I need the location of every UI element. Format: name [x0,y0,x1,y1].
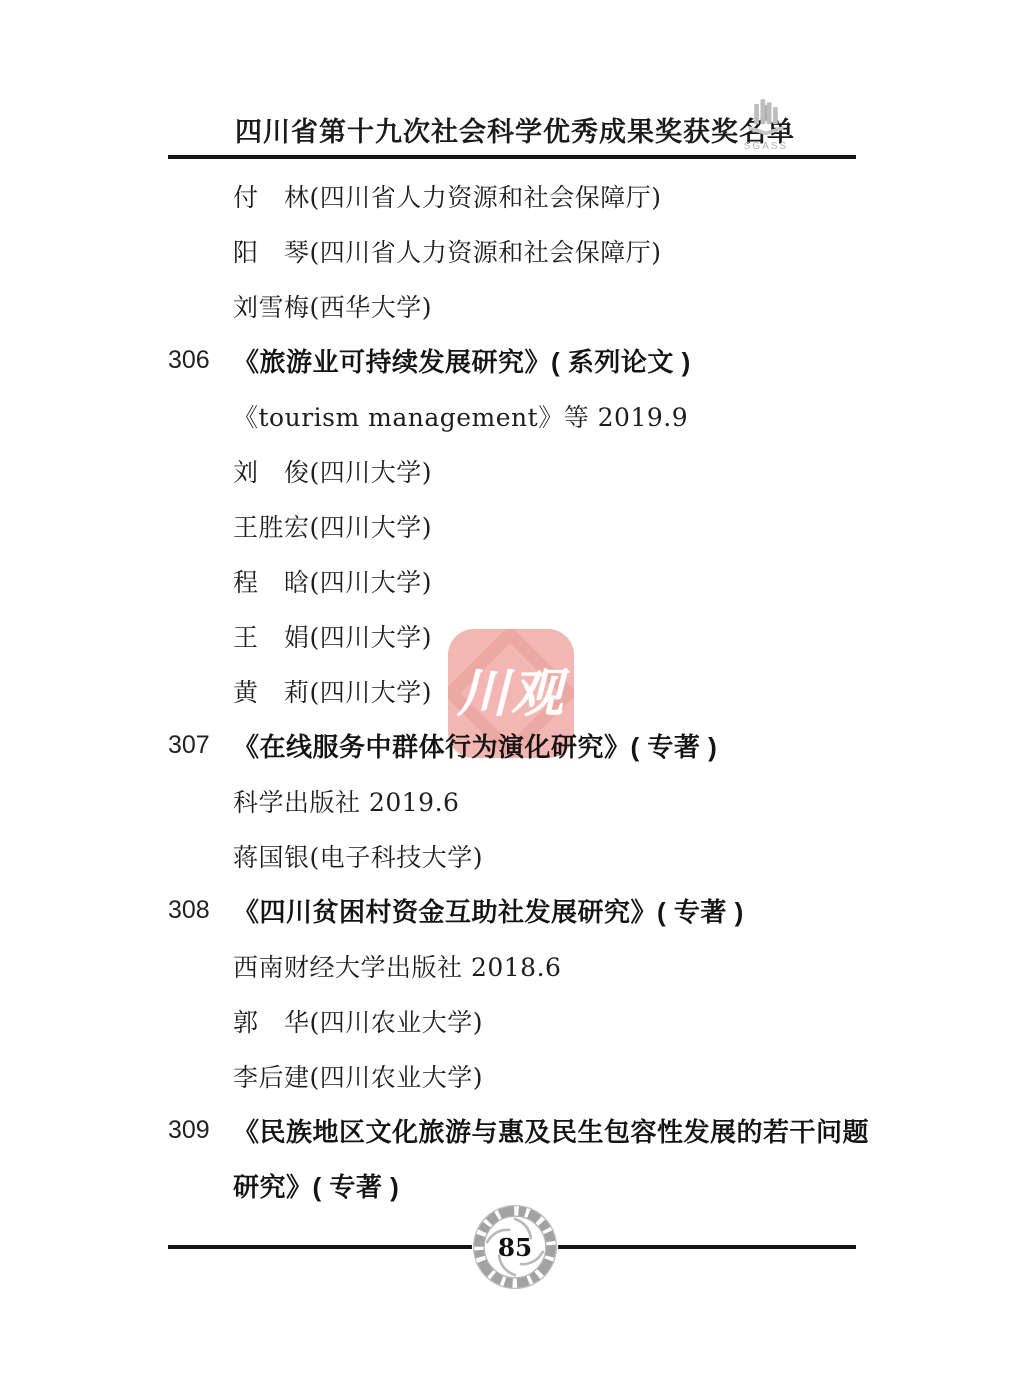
list-row: 王胜宏(四川大学) [168,498,868,553]
person-line: 蒋国银(电子科技大学) [233,838,483,874]
entry-title: 《民族地区文化旅游与惠及民生包容性发展的若干问题 [233,1112,869,1149]
source-line: 《tourism management》等 2019.9 [233,398,688,434]
entry-title-row: 309 《民族地区文化旅游与惠及民生包容性发展的若干问题 [168,1103,868,1158]
header-divider [168,155,856,159]
entry-title-row: 308 《四川贫困村资金互助社发展研究》( 专著 ) [168,883,868,938]
source-line: 西南财经大学出版社 2018.6 [233,948,561,984]
entry-title: 《在线服务中群体行为演化研究》( 专著 ) [233,727,717,764]
source-line: 科学出版社 2019.6 [233,783,459,819]
entry-title: 《四川贫困村资金互助社发展研究》( 专著 ) [233,892,744,929]
entry-number: 306 [168,346,233,375]
entry-title: 《旅游业可持续发展研究》( 系列论文 ) [233,342,691,379]
page-number: 85 [498,1233,532,1262]
entry-number: 307 [168,731,233,760]
page-number-medallion: 85 [471,1203,559,1291]
entry-title-continued: 研究》( 专著 ) [233,1167,399,1204]
person-line: 阳 琴(四川省人力资源和社会保障厅) [233,233,662,269]
entry-title-row: 307 《在线服务中群体行为演化研究》( 专著 ) [168,718,868,773]
sunbird-ornament-icon: 85 [471,1203,559,1291]
list-row: 黄 莉(四川大学) [168,663,868,718]
person-line: 程 晗(四川大学) [233,563,432,599]
sgass-building-book-icon [742,96,790,140]
list-row: 《tourism management》等 2019.9 [168,388,868,443]
list-row: 刘 俊(四川大学) [168,443,868,498]
entry-number: 308 [168,896,233,925]
person-line: 刘 俊(四川大学) [233,453,432,489]
sgass-logo-label: SGASS [738,141,794,152]
list-row: 王 娟(四川大学) [168,608,868,663]
list-row: 阳 琴(四川省人力资源和社会保障厅) [168,223,868,278]
list-row: 付 林(四川省人力资源和社会保障厅) [168,168,868,223]
list-row: 科学出版社 2019.6 [168,773,868,828]
person-line: 王 娟(四川大学) [233,618,432,654]
list-row: 郭 华(四川农业大学) [168,993,868,1048]
document-page: 四川省第十九次社会科学优秀成果奖获奖名单 SGASS 川观 付 林(四川省人力资… [0,0,1024,1380]
award-list: 付 林(四川省人力资源和社会保障厅) 阳 琴(四川省人力资源和社会保障厅) 刘雪… [168,168,868,1213]
entry-title-row: 306 《旅游业可持续发展研究》( 系列论文 ) [168,333,868,388]
sgass-logo: SGASS [738,96,794,152]
person-line: 李后建(四川农业大学) [233,1058,483,1094]
person-line: 刘雪梅(西华大学) [233,288,432,324]
entry-number: 309 [168,1116,233,1145]
person-line: 黄 莉(四川大学) [233,673,432,709]
list-row: 李后建(四川农业大学) [168,1048,868,1103]
person-line: 王胜宏(四川大学) [233,508,432,544]
list-row: 刘雪梅(西华大学) [168,278,868,333]
person-line: 郭 华(四川农业大学) [233,1003,483,1039]
person-line: 付 林(四川省人力资源和社会保障厅) [233,178,662,214]
list-row: 程 晗(四川大学) [168,553,868,608]
list-row: 西南财经大学出版社 2018.6 [168,938,868,993]
list-row: 蒋国银(电子科技大学) [168,828,868,883]
page-title: 四川省第十九次社会科学优秀成果奖获奖名单 [235,110,795,149]
